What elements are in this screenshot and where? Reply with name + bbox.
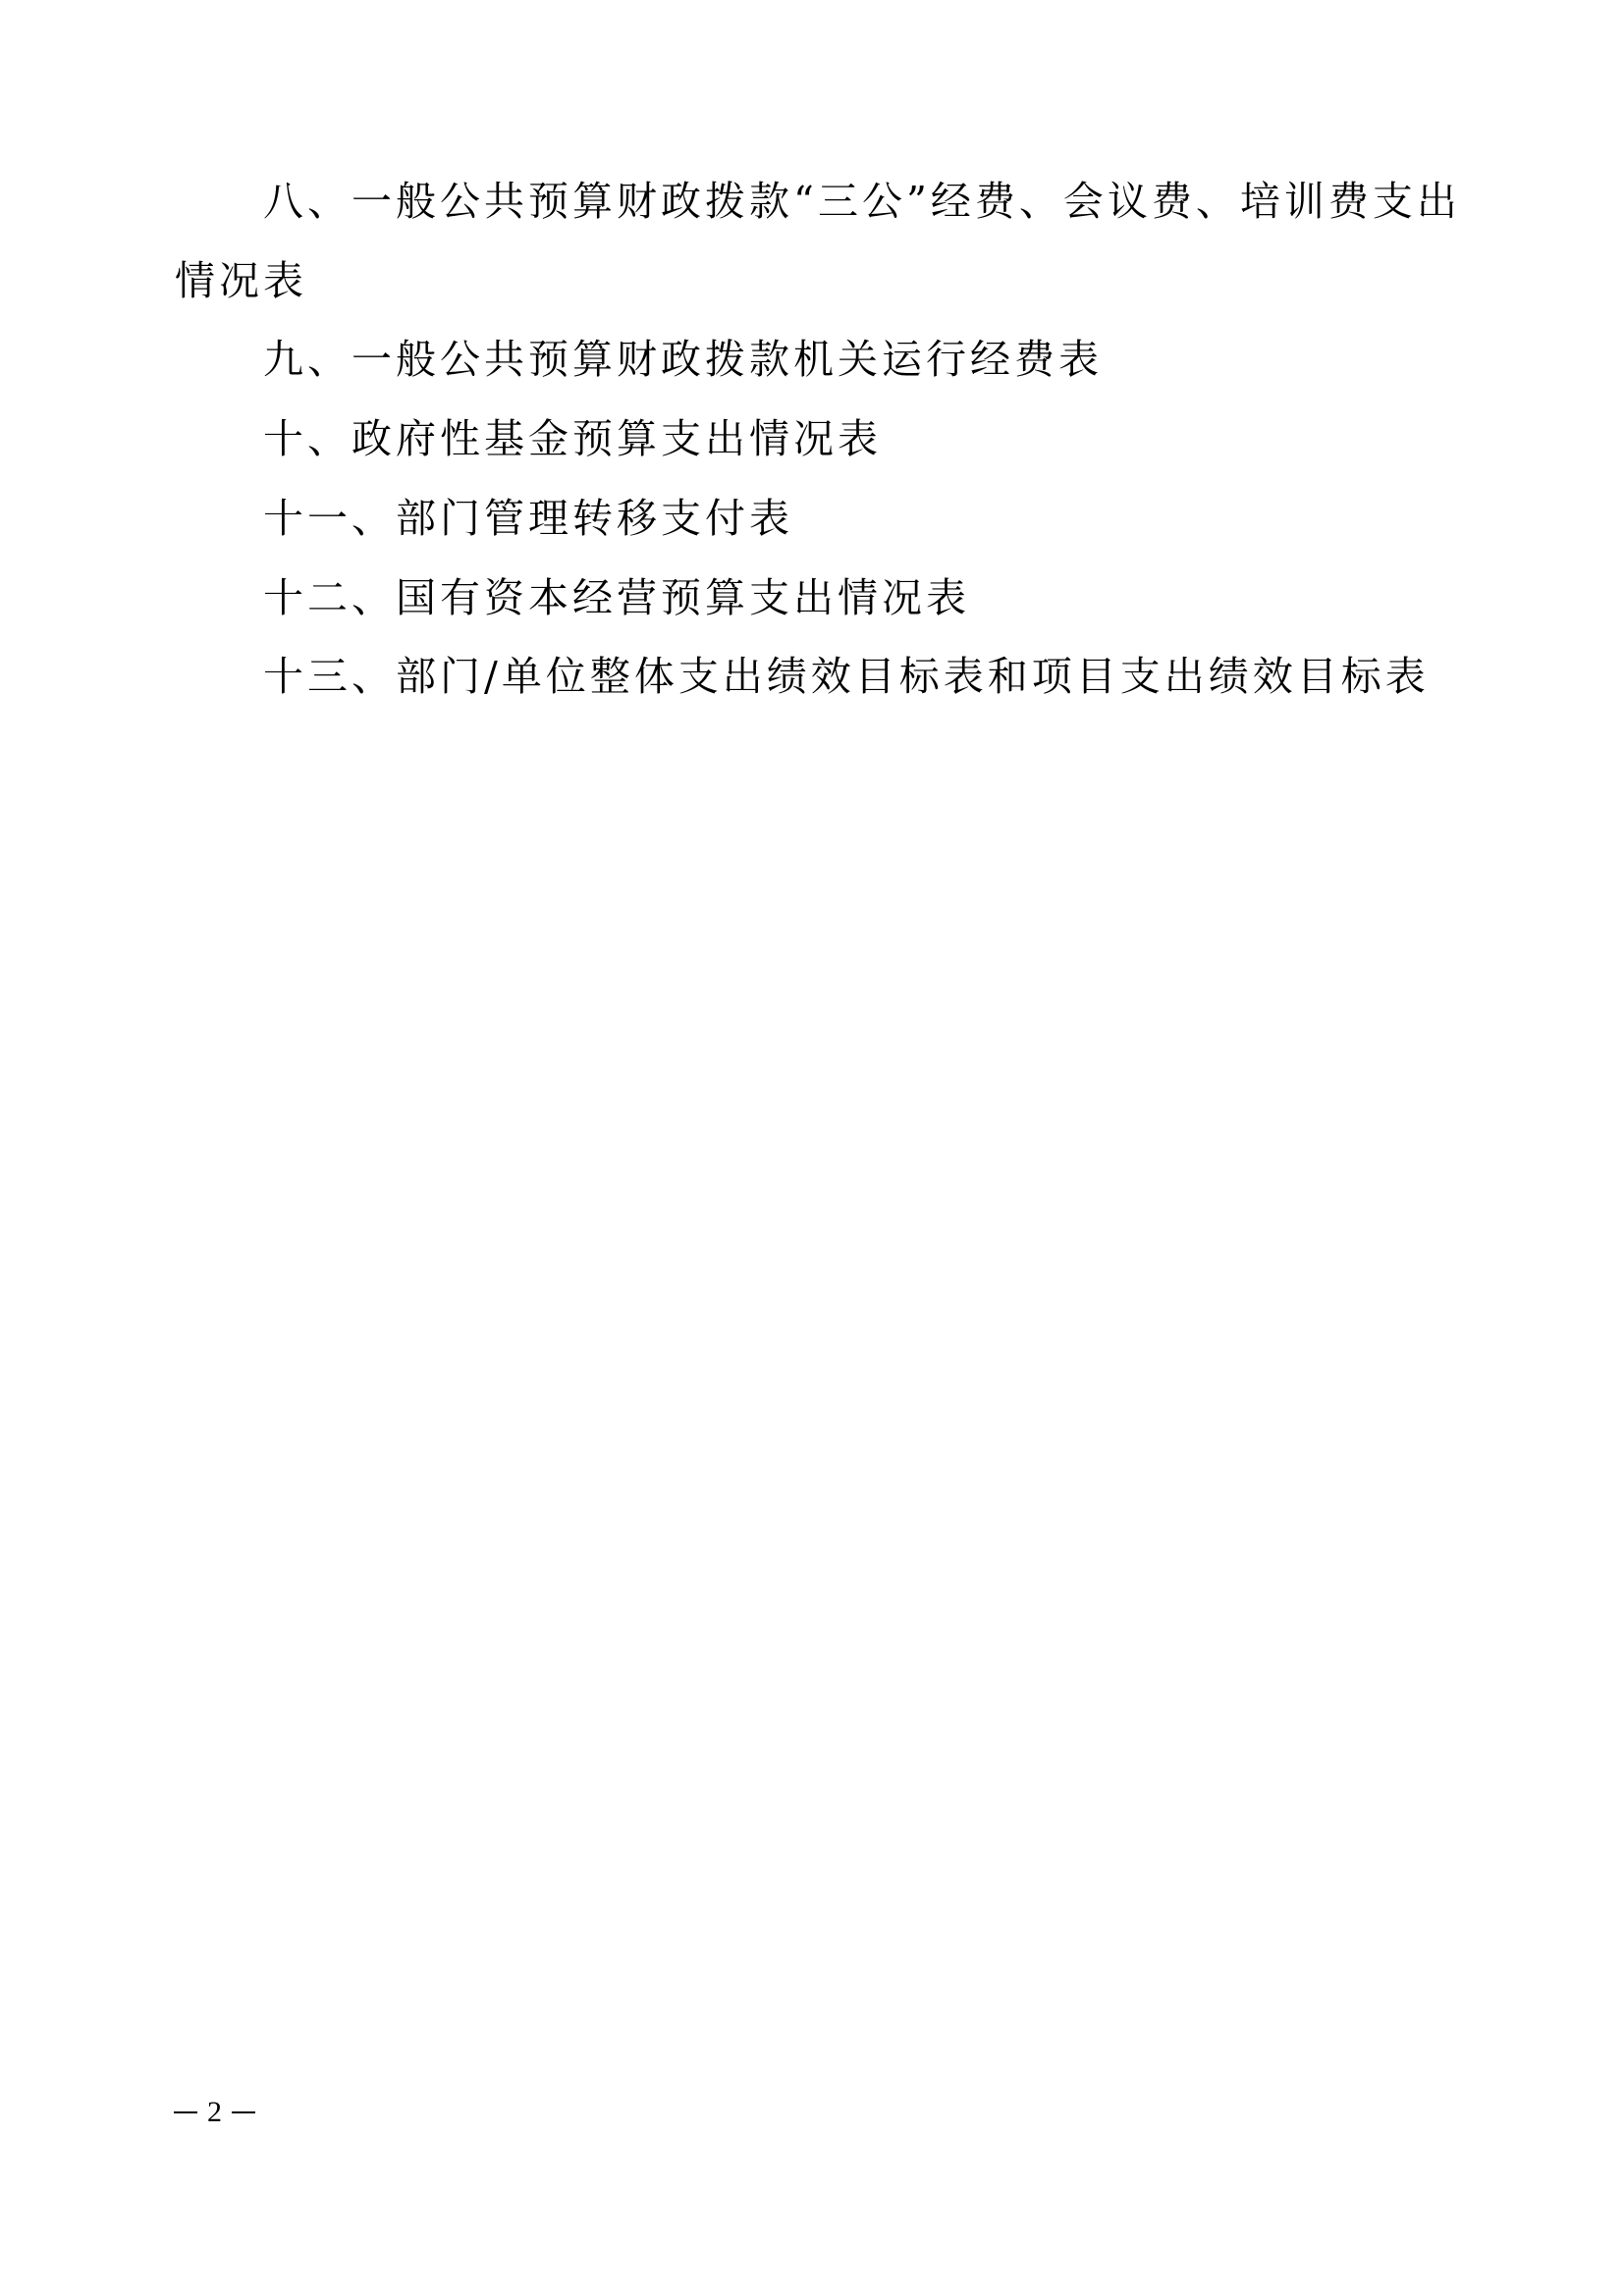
page-number: 2 [207,2096,222,2129]
page-footer: 2 [174,2091,255,2134]
list-item-10: 十、政府性基金预算支出情况表 [175,400,1471,479]
right-dash [232,2111,255,2113]
list-item-12: 十二、国有资本经营预算支出情况表 [175,559,1471,638]
table-list: 八、一般公共预算财政拨款“三公”经费、会议费、培训费支出情况表 九、一般公共预算… [175,162,1471,717]
list-item-11: 十一、部门管理转移支付表 [175,479,1471,559]
left-dash [174,2111,197,2113]
list-item-13: 十三、部门/单位整体支出绩效目标表和项目支出绩效目标表 [175,637,1471,717]
list-item-9: 九、一般公共预算财政拨款机关运行经费表 [175,320,1471,400]
document-page: 八、一般公共预算财政拨款“三公”经费、会议费、培训费支出情况表 九、一般公共预算… [0,0,1624,2296]
list-item-8: 八、一般公共预算财政拨款“三公”经费、会议费、培训费支出情况表 [175,162,1471,320]
